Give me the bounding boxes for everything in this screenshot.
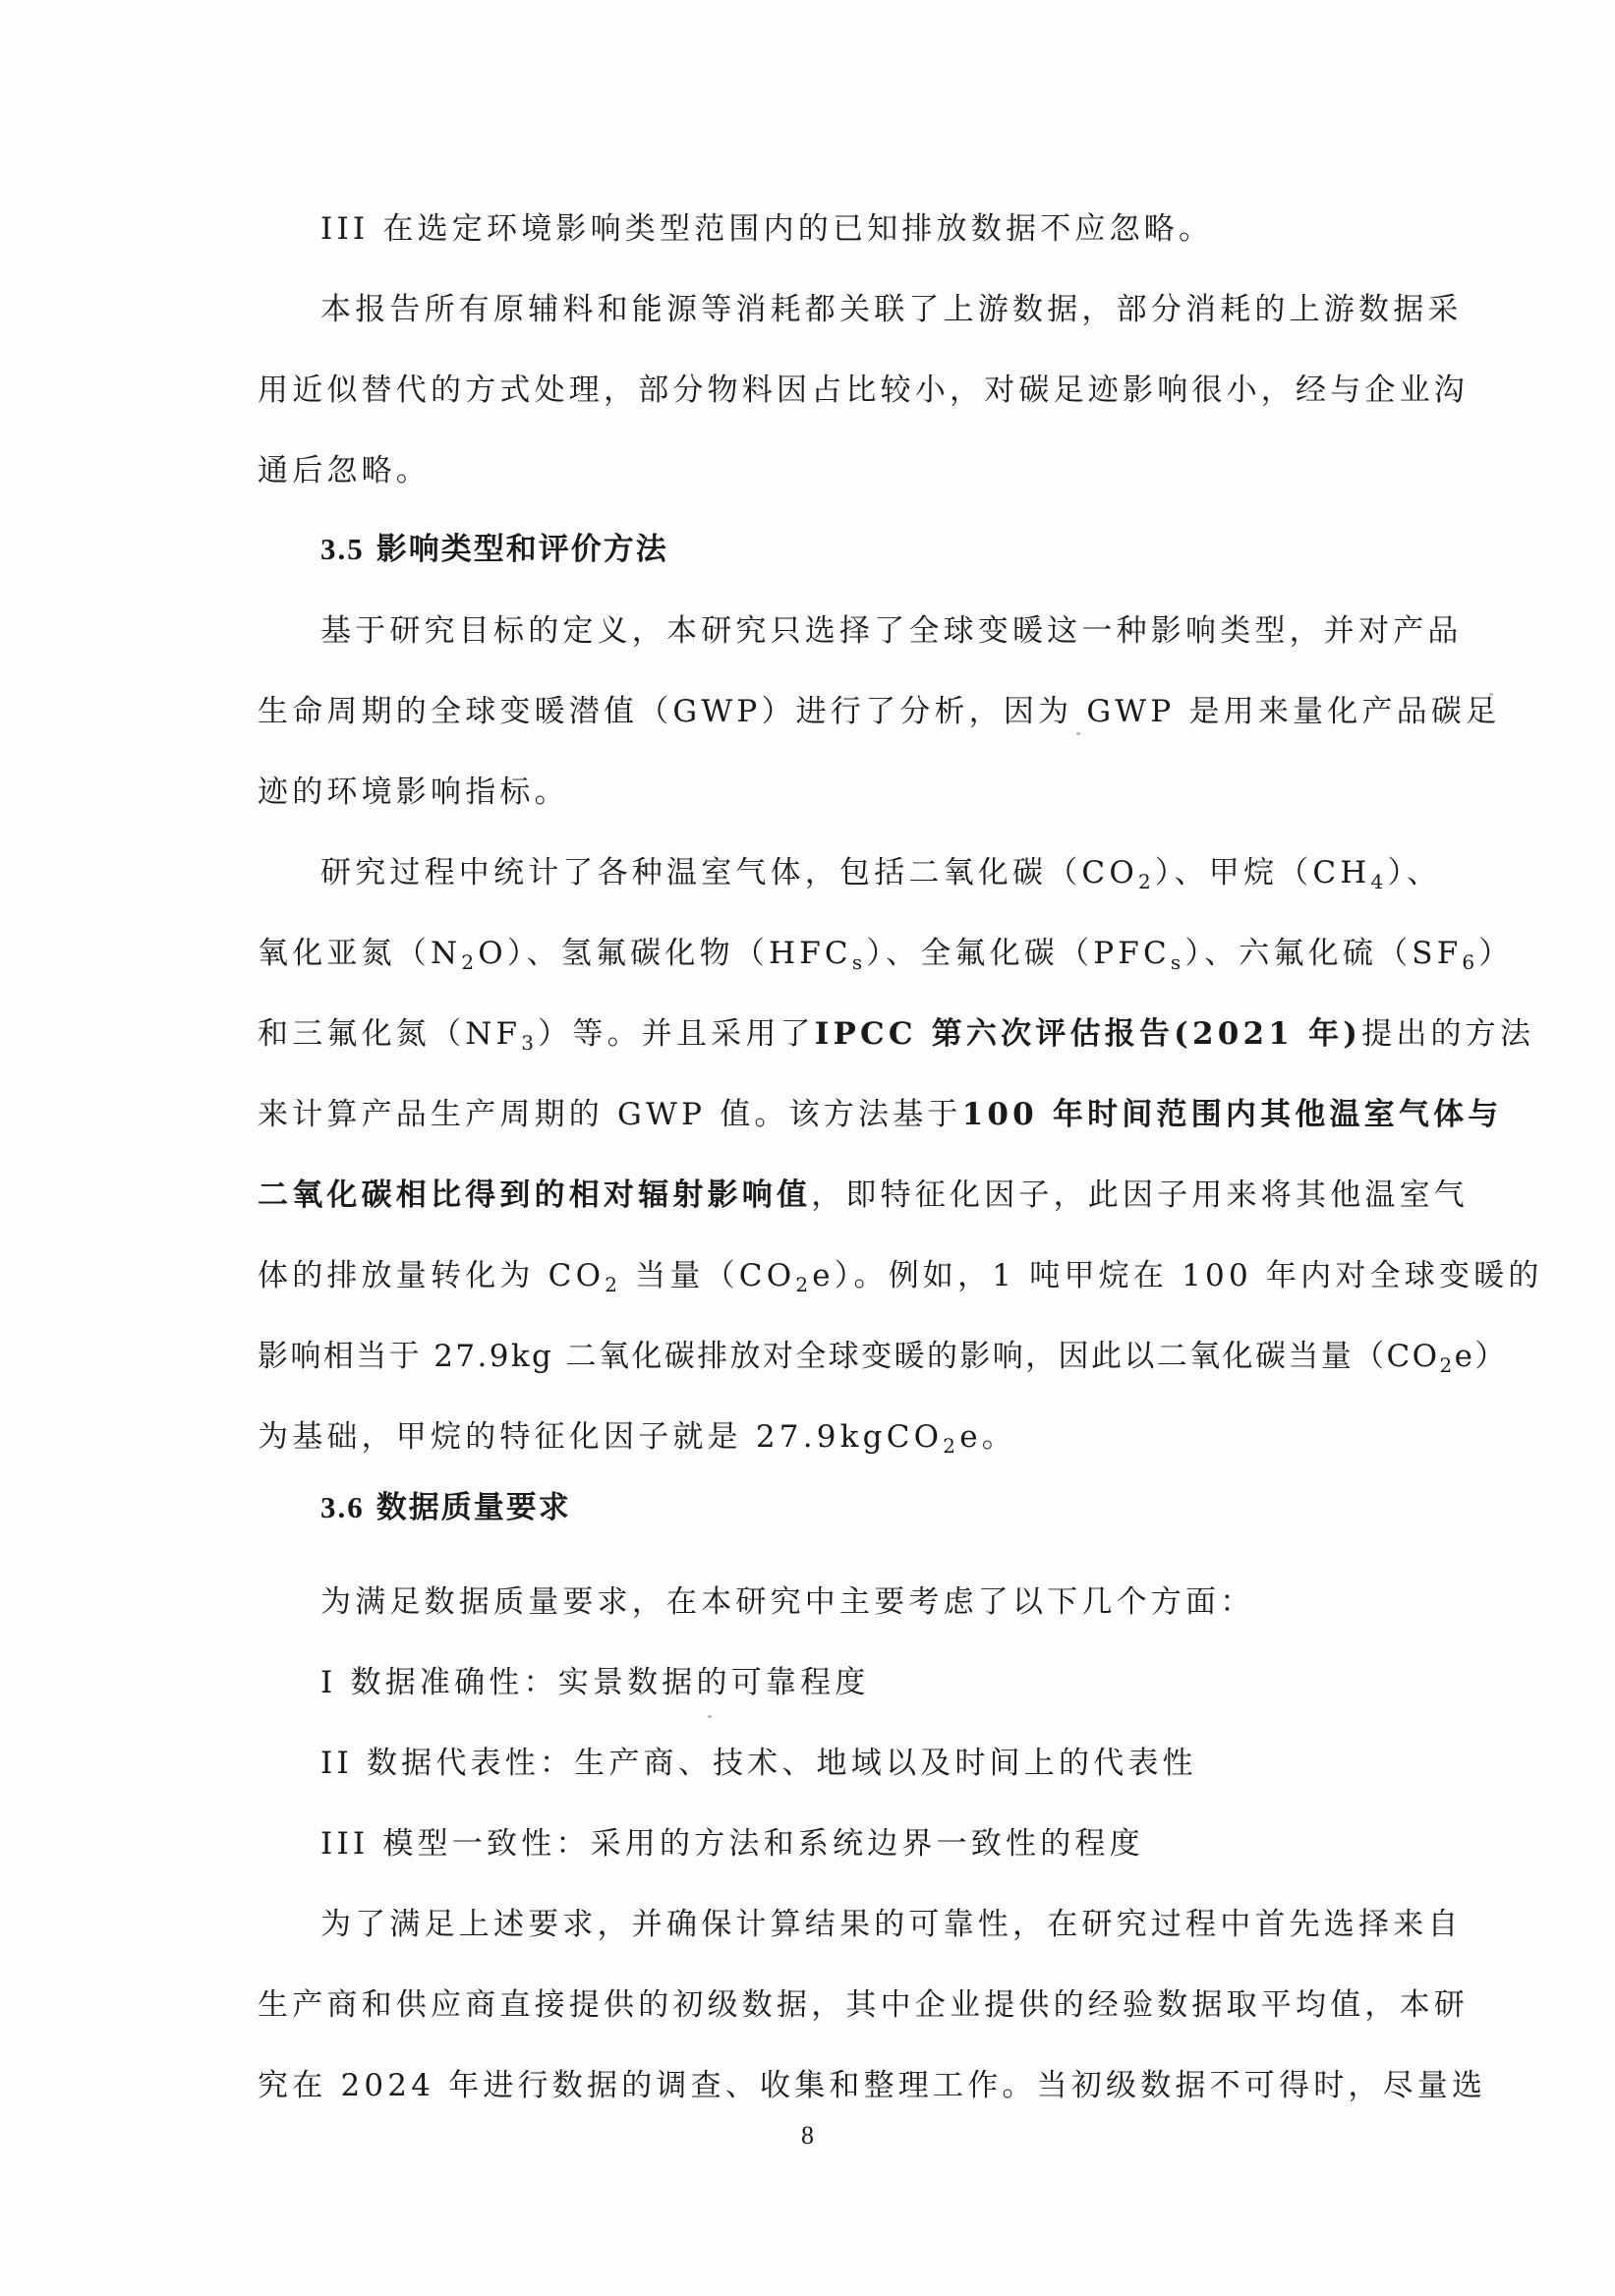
paragraph-line: 生产商和供应商直接提供的初级数据，其中企业提供的经验数据取平均值，本研 — [258, 1983, 1390, 2027]
paragraph-line: 本报告所有原辅料和能源等消耗都关联了上游数据，部分消耗的上游数据采 — [320, 288, 1390, 331]
scan-speck — [1489, 693, 1493, 696]
paragraph-line: 影响相当于 27.9kg 二氧化碳排放对全球变暖的影响，因此以二氧化碳当量（CO… — [258, 1335, 1390, 1378]
paragraph-line: 究在 2024 年进行数据的调查、收集和整理工作。当初级数据不可得时，尽量选 — [258, 2064, 1390, 2107]
scan-speck — [708, 1715, 712, 1718]
paragraph-line: 生命周期的全球变暖潜值（GWP）进行了分析，因为 GWP 是用来量化产品碳足 — [258, 690, 1390, 733]
section-number: 3.6 — [320, 1490, 365, 1524]
quality-item-consistency: III 模型一致性：采用的方法和系统边界一致性的程度 — [320, 1822, 1390, 1865]
section-title: 影响类型和评价方法 — [376, 532, 668, 567]
quality-item-representativeness: II 数据代表性：生产商、技术、地域以及时间上的代表性 — [320, 1742, 1390, 1785]
paragraph-line: 来计算产品生产周期的 GWP 值。该方法基于100 年时间范围内其他温室气体与 — [258, 1093, 1390, 1136]
paragraph-line: 为了满足上述要求，并确保计算结果的可靠性，在研究过程中首先选择来自 — [320, 1903, 1390, 1946]
paragraph-line: 为满足数据质量要求，在本研究中主要考虑了以下几个方面： — [320, 1580, 1390, 1624]
section-title: 数据质量要求 — [376, 1490, 571, 1525]
paragraph-line: 二氧化碳相比得到的相对辐射影响值，即特征化因子，此因子用来将其他温室气 — [258, 1174, 1390, 1217]
ipcc-reference: IPCC 第六次评估报告(2021 年) — [815, 1016, 1361, 1052]
page-number: 8 — [0, 2121, 1615, 2151]
paragraph-line: 氧化亚氮（N2O）、氢氟碳化物（HFCs）、全氟化碳（PFCs）、六氟化硫（SF… — [258, 932, 1390, 975]
paragraph-line: 为基础，甲烷的特征化因子就是 27.9kgCO2e。 — [258, 1415, 1390, 1459]
paragraph-line: 体的排放量转化为 CO2 当量（CO2e）。例如，1 吨甲烷在 100 年内对全… — [258, 1254, 1390, 1297]
paragraph-line: 研究过程中统计了各种温室气体，包括二氧化碳（CO2）、甲烷（CH4）、 — [320, 851, 1390, 894]
section-heading-3-5: 3.5影响类型和评价方法 — [320, 528, 668, 571]
section-heading-3-6: 3.6数据质量要求 — [320, 1486, 571, 1529]
paragraph-line: 用近似替代的方式处理，部分物料因占比较小，对碳足迹影响很小，经与企业沟 — [258, 369, 1390, 412]
document-page: III 在选定环境影响类型范围内的已知排放数据不应忽略。 本报告所有原辅料和能源… — [0, 0, 1615, 2296]
section-number: 3.5 — [320, 532, 365, 566]
paragraph-line: 和三氟化氮（NF3）等。并且采用了IPCC 第六次评估报告(2021 年)提出的… — [258, 1012, 1390, 1056]
quality-item-accuracy: I 数据准确性：实景数据的可靠程度 — [320, 1661, 1390, 1704]
criterion-iii-line: III 在选定环境影响类型范围内的已知排放数据不应忽略。 — [320, 207, 1390, 251]
paragraph-line: 通后忽略。 — [258, 449, 1390, 492]
paragraph-line: 迹的环境影响指标。 — [258, 771, 1390, 814]
paragraph-line: 基于研究目标的定义，本研究只选择了全球变暖这一种影响类型，并对产品 — [320, 609, 1390, 653]
scan-speck — [1076, 732, 1080, 735]
